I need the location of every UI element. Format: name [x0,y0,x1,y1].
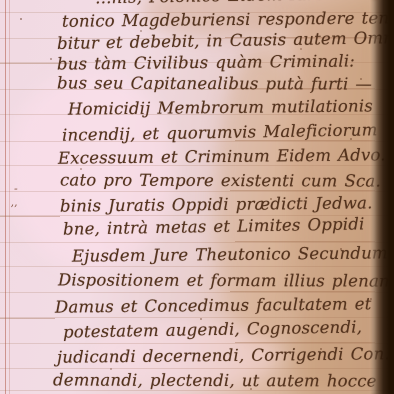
manuscript-line: …nis, Polonico Eidem Iure Teu: [95,0,369,8]
ruled-line [0,266,394,267]
manuscript-line: judicandi decernendi, Corrigendi Con. [57,344,390,367]
manuscript-line: Homicidij Membrorum mutilationis [68,96,373,119]
book-edge-shadow [370,0,394,394]
manuscript-line: binis Juratis Oppidi prædicti Jedwa. [60,193,373,216]
margin-rule [5,0,6,394]
margin-rule [9,0,10,394]
manuscript-line: potestatem augendi, Cognoscendi, [63,317,362,342]
manuscript-line: bitur et debebit, in Causis autem Omni: [57,28,394,54]
manuscript-page: …nis, Polonico Eidem Iure Teu: tonico Ma… [0,0,394,394]
ruled-line [0,368,394,369]
ruled-line [0,242,394,243]
manuscript-line: bne, intrà metas et Limites Oppidi [63,214,365,239]
manuscript-line: bus tàm Civilibus quàm Criminali: [57,51,355,74]
paper-speckles [20,18,22,20]
manuscript-line: Damus et Concedimus facultatem et [55,294,372,317]
manuscript-line: bus seu Capitanealibus putà furti — [57,73,372,94]
manuscript-line: demnandi, plectendi, ut autem hocce [53,370,377,391]
stray-ink-mark: ʼʼ [10,203,17,216]
stray-ink-mark: - [14,182,18,195]
manuscript-line: Dispositionem et formam illius plenam [58,270,394,291]
manuscript-line: Excessuum et Criminum Eidem Advo. [58,145,386,168]
ruled-line [0,292,394,293]
manuscript-line: Ejusdem Jure Theutonico Secundum [72,243,388,266]
manuscript-line: cato pro Tempore existenti cum Sca. [60,170,381,191]
